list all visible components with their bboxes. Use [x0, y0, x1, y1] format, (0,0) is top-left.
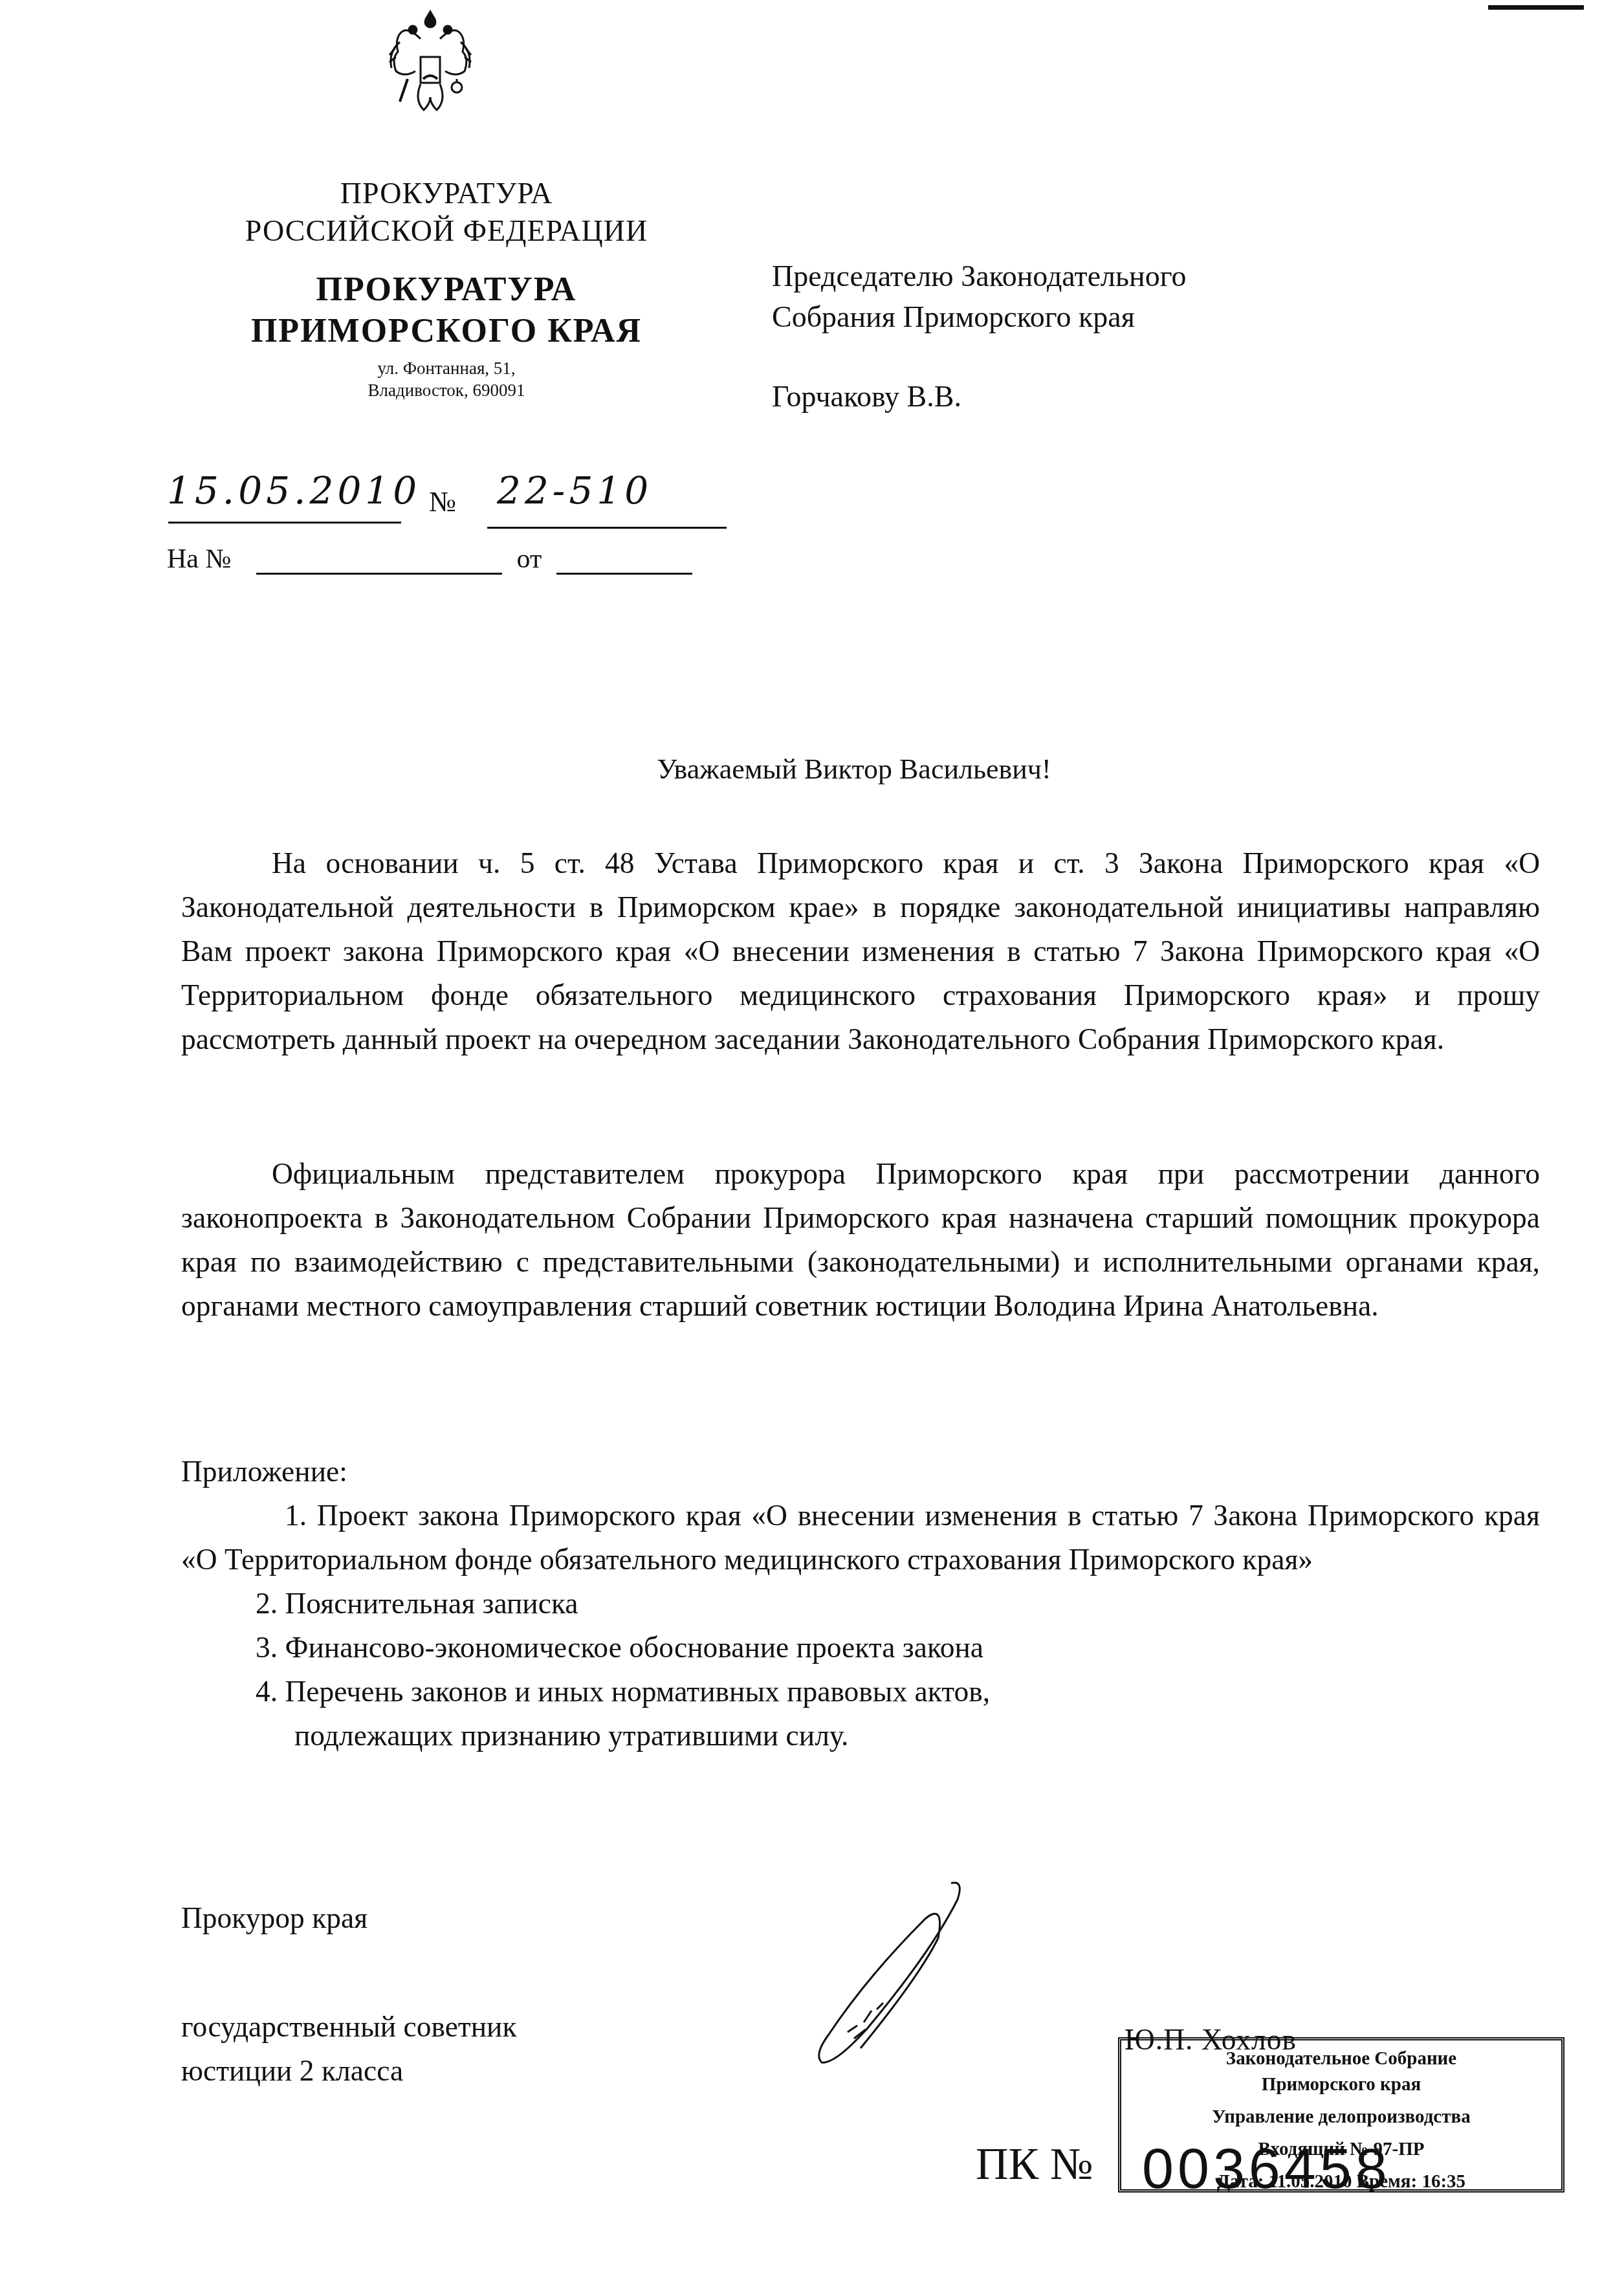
stamp-line1: Законодательное Собрание	[1121, 2047, 1561, 2070]
stamp-line3: Управление делопроизводства	[1121, 2105, 1561, 2128]
recipient-name: Горчакову В.В.	[772, 376, 1186, 417]
recipient-block: Председателю Законодательного Собрания П…	[772, 256, 1186, 417]
coat-of-arms-icon	[382, 6, 479, 116]
reply-reference: На № от	[167, 544, 692, 575]
org-name-line2: РОССИЙСКОЙ ФЕДЕРАЦИИ	[214, 212, 679, 250]
scan-edge-mark	[1488, 5, 1584, 10]
regional-org-line1: ПРОКУРАТУРА	[214, 269, 679, 311]
org-name-line1: ПРОКУРАТУРА	[214, 175, 679, 212]
body-paragraph-1: На основании ч. 5 ст. 48 Устава Приморск…	[181, 841, 1540, 1061]
reply-from-label: от	[517, 544, 542, 575]
reply-date-blank	[556, 547, 692, 575]
letterhead: ПРОКУРАТУРА РОССИЙСКОЙ ФЕДЕРАЦИИ ПРОКУРА…	[214, 175, 679, 401]
appendix-item-3: 3. Финансово-экономическое обоснование п…	[181, 1626, 1540, 1670]
regional-org-line2: ПРИМОРСКОГО КРАЯ	[214, 311, 679, 352]
stamp-line2: Приморского края	[1121, 2073, 1561, 2096]
handwritten-signature	[757, 1880, 1145, 2087]
reply-number-blank	[256, 547, 502, 575]
body-paragraph-2: Официальным представителем прокурора При…	[181, 1152, 1540, 1328]
recipient-line1: Председателю Законодательного	[772, 256, 1186, 296]
appendix-item-4-continuation: подлежащих признанию утратившими силу.	[181, 1714, 1540, 1758]
signoff-block: Прокурор края государственный советник ю…	[181, 1896, 517, 2093]
appendix: Приложение: 1. Проект закона Приморского…	[181, 1450, 1540, 1758]
outgoing-number: 22-510	[497, 469, 652, 513]
pk-number-label: ПК №	[976, 2139, 1093, 2191]
signer-position: Прокурор края	[181, 1896, 517, 1940]
signer-rank-line1: государственный советник	[181, 2005, 517, 2049]
date-underline	[168, 522, 401, 524]
serial-number: 0036458	[1142, 2136, 1391, 2202]
recipient-line2: Собрания Приморского края	[772, 296, 1186, 337]
address-line2: Владивосток, 690091	[214, 379, 679, 401]
signer-rank-line2: юстиции 2 класса	[181, 2049, 517, 2093]
appendix-item-4: 4. Перечень законов и иных нормативных п…	[181, 1670, 1540, 1714]
number-underline	[487, 527, 727, 529]
outgoing-reference: 15.05.2010 № 22-510	[167, 472, 814, 524]
reply-to-label: На №	[167, 544, 232, 575]
appendix-item-2: 2. Пояснительная записка	[181, 1582, 1540, 1626]
outgoing-date: 15.05.2010	[167, 469, 421, 513]
appendix-item-1: 1. Проект закона Приморского края «О вне…	[181, 1494, 1540, 1582]
number-sign: №	[429, 485, 456, 518]
salutation: Уважаемый Виктор Васильевич!	[0, 753, 1624, 786]
address-line1: ул. Фонтанная, 51,	[214, 357, 679, 379]
appendix-title: Приложение:	[181, 1450, 1540, 1494]
